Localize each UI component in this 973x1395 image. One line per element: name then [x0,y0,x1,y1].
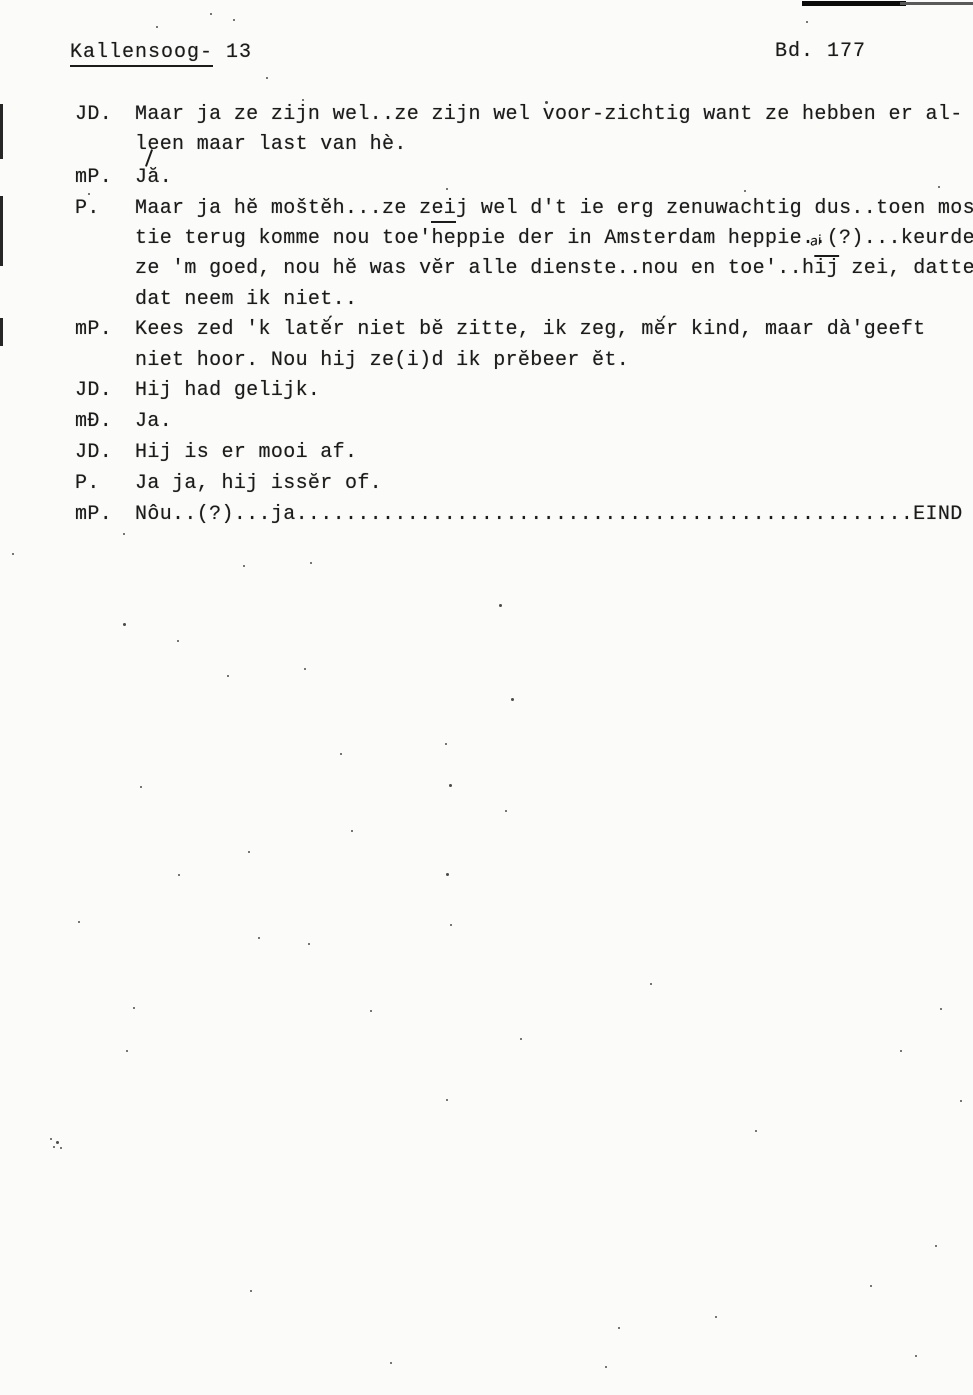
noise-speck [53,1146,55,1148]
dialogue-line: niet hoor. Nou hij ze(i)d ik prĕbeer ĕt. [135,349,629,373]
noise-speck [56,1141,59,1144]
noise-speck [156,26,158,28]
noise-speck [915,1355,917,1357]
speaker-label: mP. [75,503,112,527]
noise-speck [806,21,808,23]
noise-speck [940,1008,942,1010]
noise-speck [505,810,507,812]
noise-speck [178,874,180,876]
noise-speck [351,830,353,832]
noise-speck [88,193,90,195]
scan-edge-bar [900,2,973,5]
dialogue-line: dat neem ik niet.. [135,288,357,312]
noise-speck [605,1366,607,1368]
noise-speck [445,743,447,745]
scan-edge-sliver [0,104,3,159]
noise-speck [60,1147,62,1149]
noise-speck [140,786,142,788]
speaker-label: mP. [75,166,112,190]
noise-speck [960,1100,962,1102]
speaker-label: JD. [75,441,112,465]
noise-speck [870,1285,872,1287]
dialogue-line: Ja. [135,410,172,434]
noise-speck [900,1050,902,1052]
noise-speck [266,77,268,79]
speaker-label: P. [75,472,100,496]
dialogue-line: leen maar last van hè. [135,133,407,157]
page-title-number: 13 [213,41,252,64]
page-title-underlined: Kallensoog- [70,41,213,67]
noise-speck [248,851,250,853]
noise-speck [390,1362,392,1364]
noise-speck [450,924,452,926]
document-page: Kallensoog- 13 Bd. 177 JD.Maar ja ze zij… [0,0,973,1395]
noise-speck [308,943,310,945]
noise-speck [302,99,304,101]
noise-speck [499,604,502,607]
dialogue-line: Maar ja ze zijn wel..ze zijn wel voor-zi… [135,103,963,127]
dialogue-line: Hij is er mooi af. [135,441,357,465]
dialogue-line: Hij had gelijk. [135,379,320,403]
noise-speck [938,186,940,188]
noise-speck [370,1010,372,1012]
scan-edge-bar [802,1,906,6]
dialogue-line: Kees zed 'k latĕ́r niet bĕ zitte, ik zeg… [135,318,926,342]
speaker-label: P. [75,197,100,221]
noise-speck [50,1138,52,1140]
speaker-label: JD. [75,379,112,403]
noise-speck [618,1327,620,1329]
noise-speck [233,19,235,21]
noise-speck [123,623,126,626]
handwritten-note: ai [809,233,823,249]
noise-speck [744,190,746,192]
dialogue-line: Maar ja hĕ moštĕh...ze zeij wel d't ie e… [135,197,973,221]
volume-label: Bd. 177 [775,40,866,64]
noise-speck [123,533,125,535]
noise-speck [520,1038,522,1040]
noise-speck [250,1290,252,1292]
noise-speck [446,873,449,876]
noise-speck [446,188,448,190]
noise-speck [650,983,652,985]
noise-speck [126,1050,128,1052]
noise-speck [243,565,245,567]
noise-speck [446,1099,448,1101]
noise-speck [12,553,14,555]
noise-speck [177,640,179,642]
dialogue-line: Nôu..(?)...ja...........................… [135,503,963,527]
noise-speck [715,1316,717,1318]
speaker-label: mÐ. [75,410,112,434]
dialogue-line: Ja ja, hij issĕr of. [135,472,382,496]
page-title: Kallensoog- 13 [70,41,252,65]
noise-speck [258,937,260,939]
speaker-label: mP. [75,318,112,342]
noise-speck [449,784,452,787]
noise-speck [304,668,306,670]
dialogue-line: tie terug komme nou toe'heppie der in Am… [135,227,973,251]
scan-edge-sliver [0,196,3,266]
noise-speck [210,13,212,15]
speaker-label: JD. [75,103,112,127]
dialogue-line: ze 'm goed, nou hĕ was vĕr alle dienste.… [135,257,973,281]
noise-speck [78,921,80,923]
noise-speck [755,1130,757,1132]
noise-speck [340,753,342,755]
noise-speck [310,562,312,564]
noise-speck [511,698,514,701]
noise-speck [935,1245,937,1247]
noise-speck [133,1007,135,1009]
scan-edge-sliver [0,318,3,346]
dialogue-line: Jă. [135,166,172,190]
noise-speck [227,675,229,677]
